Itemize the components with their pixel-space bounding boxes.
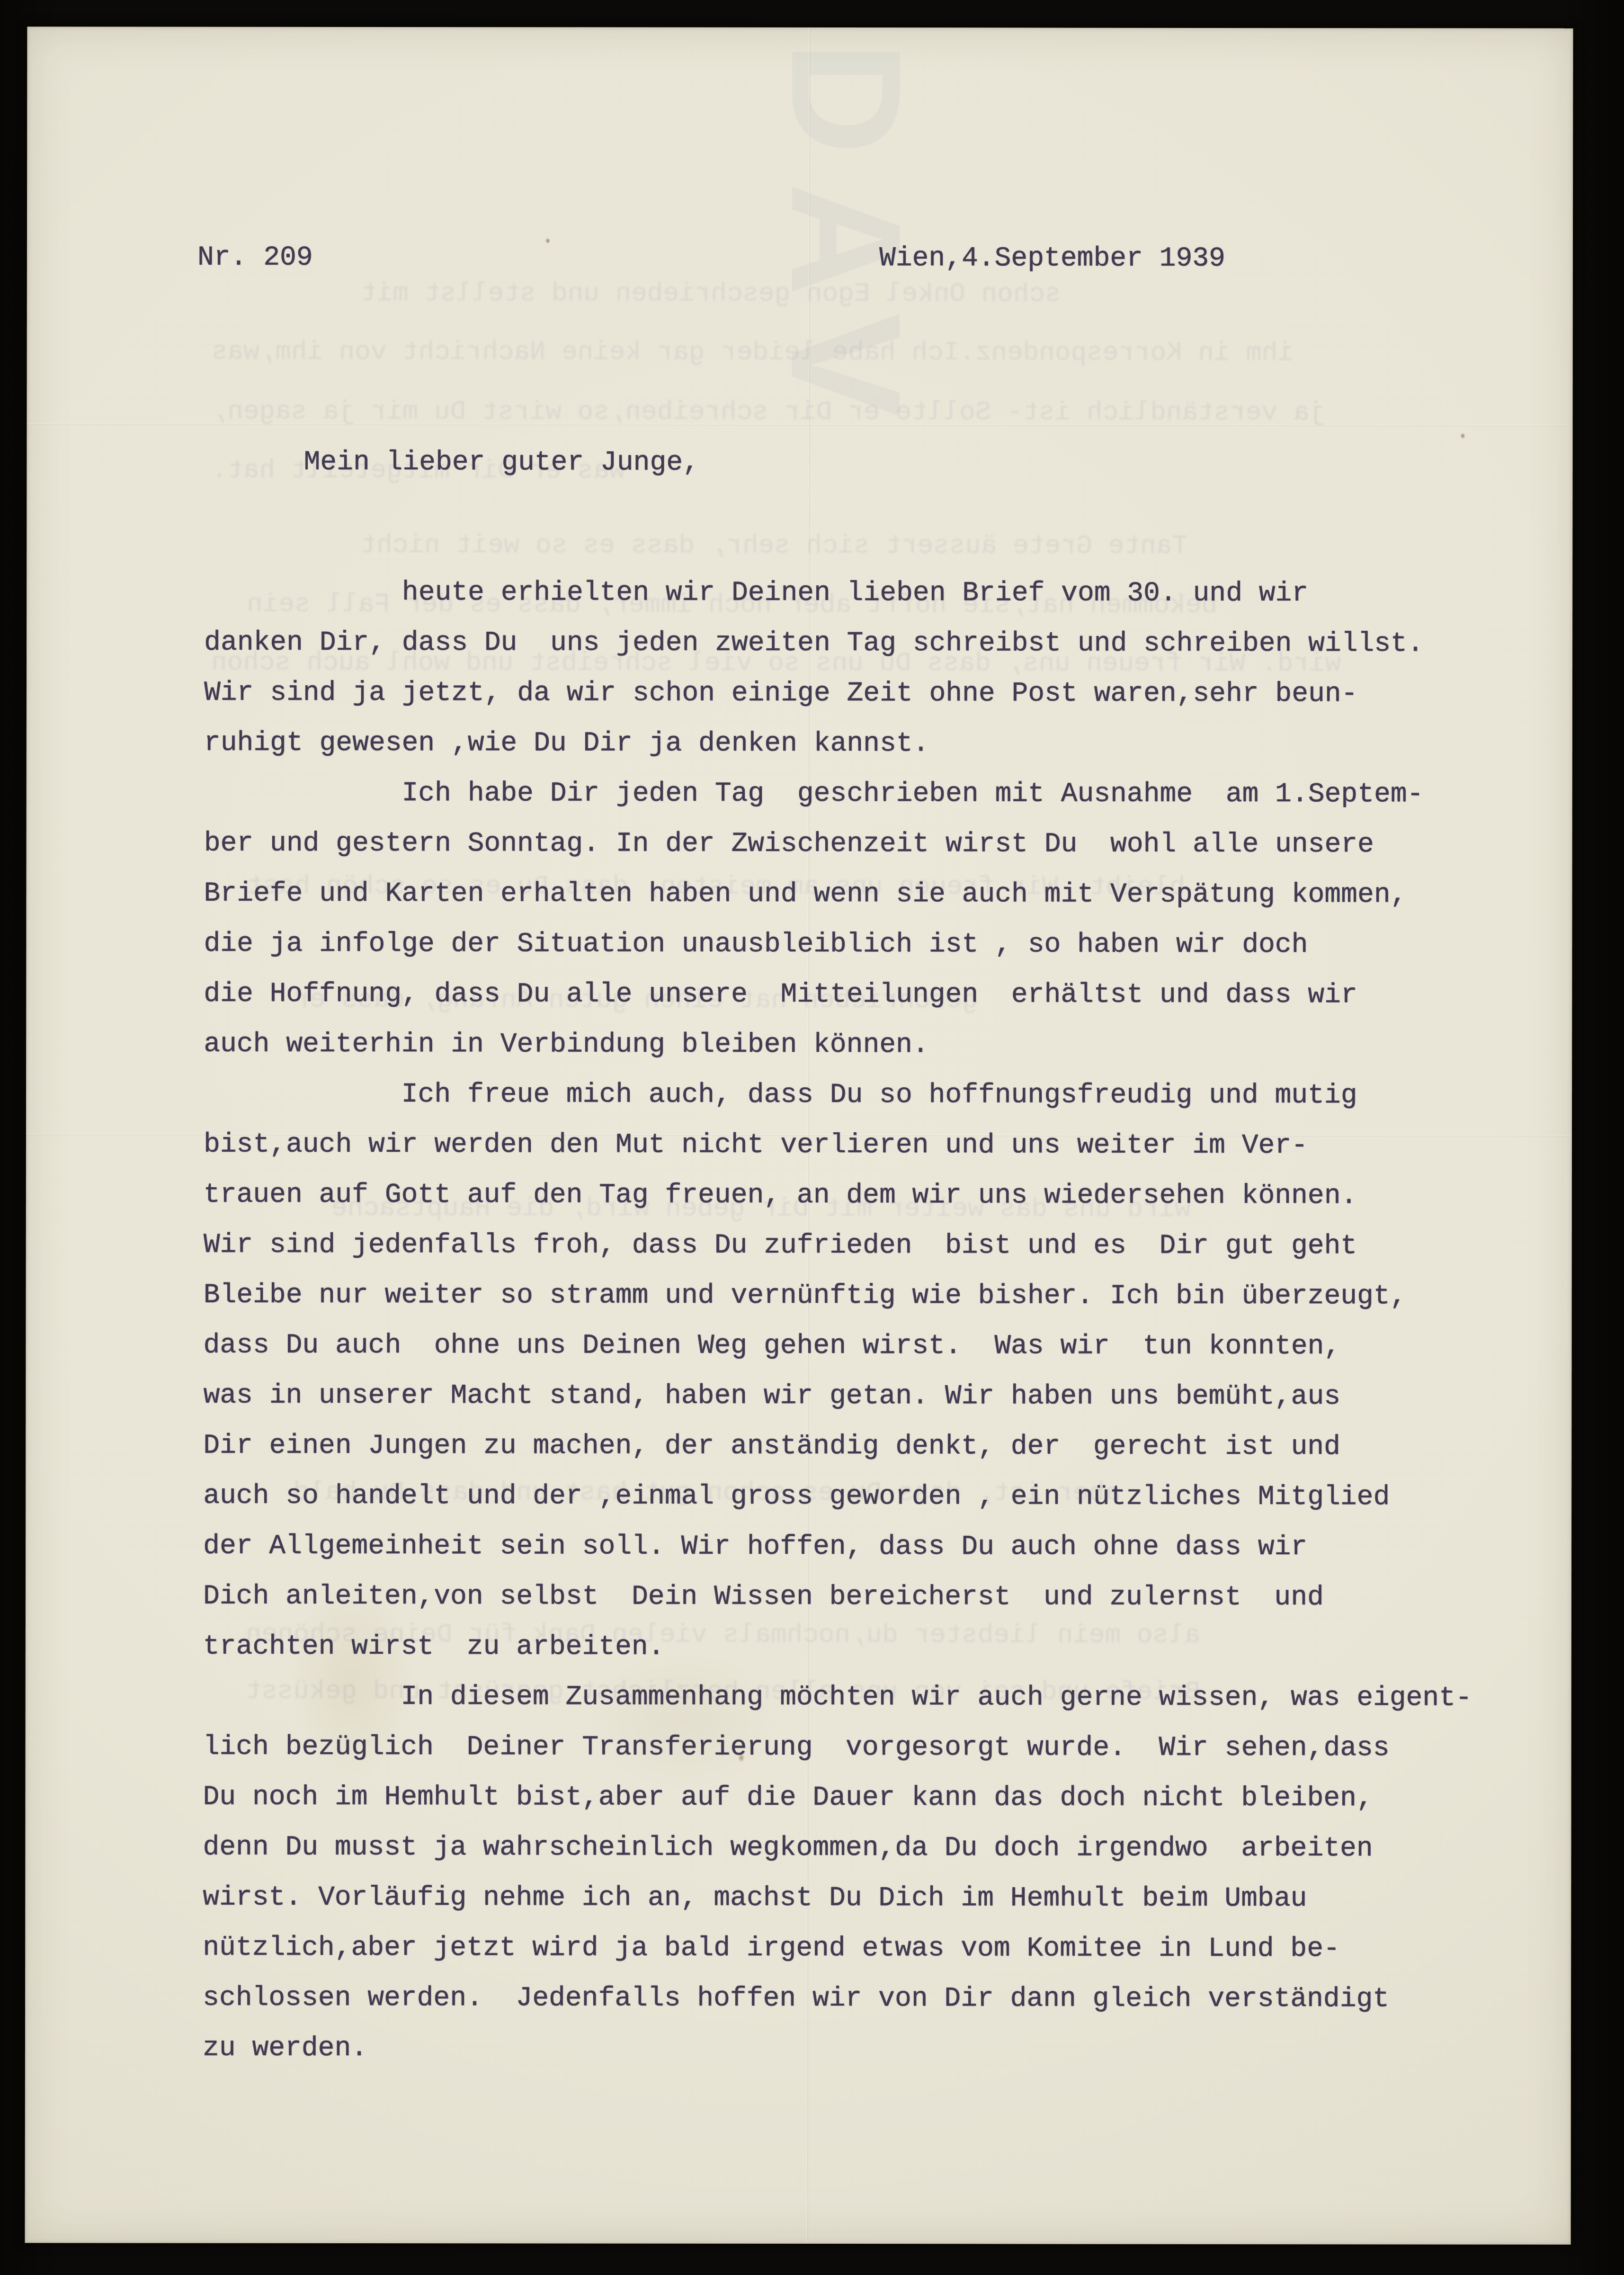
letter-line: dass Du auch ohne uns Deinen Weg gehen w… [203,1321,1472,1372]
letter-line: bist,auch wir werden den Mut nicht verli… [204,1120,1472,1172]
bleedthrough-line: schon Onkel Egon geschrieben und stellst… [361,278,1061,309]
letter-line: der Allgemeinheit sein soll. Wir hoffen,… [203,1522,1472,1573]
letter-line: lich bezüglich Deiner Transferierung vor… [203,1722,1472,1774]
letter-line: Wir sind jedenfalls froh, dass Du zufrie… [204,1220,1472,1272]
paper-speck [1461,433,1465,439]
letter-line: Ich habe Dir jeden Tag geschrieben mit A… [204,769,1473,820]
salutation: Mein lieber guter Junge, [303,447,699,478]
reference-number: Nr. 209 [197,242,313,273]
letter-line: In diesem Zusammenhang möchten wir auch … [203,1672,1472,1724]
letter-line: ruhigt gewesen ,wie Du Dir ja denken kan… [204,718,1473,770]
letter-line: auch weiterhin in Verbindung bleiben kön… [204,1020,1472,1071]
letter-line: trauen auf Gott auf den Tag freuen, an d… [204,1170,1472,1222]
letter-line: auch so handelt und der ,einmal gross ge… [203,1471,1472,1523]
letter-line: ber und gestern Sonntag. In der Zwischen… [204,819,1473,870]
horizontal-fold-crease-upper [27,423,1573,426]
letter-line: schlossen werden. Jedenfalls hoffen wir … [203,1973,1472,2025]
letter-line: zu werden. [203,2024,1472,2075]
letter-line: danken Dir, dass Du uns jeden zweiten Ta… [204,618,1473,670]
bleedthrough-line: Tante Grete äussert sich sehr, dass es s… [360,530,1188,561]
scan-background: DAV schon Onkel Egon geschrieben und ste… [0,0,1624,2275]
letter-line: Bleibe nur weiter so stramm und vernünft… [204,1271,1472,1322]
bleedthrough-line: ihm in Korrespondenz.Ich habe leider gar… [212,337,1294,368]
letter-line: trachten wirst zu arbeiten. [203,1622,1472,1674]
bleedthrough-layer: schon Onkel Egon geschrieben und stellst… [27,27,1573,28]
letter-page: DAV schon Onkel Egon geschrieben und ste… [25,27,1573,2244]
letter-line: heute erhielten wir Deinen lieben Brief … [204,568,1473,619]
letter-line: denn Du musst ja wahrscheinlich wegkomme… [203,1823,1472,1874]
letter-line: Wir sind ja jetzt, da wir schon einige Z… [204,668,1473,720]
letter-line: Briefe und Karten erhalten haben und wen… [204,869,1472,921]
paper-speck [545,238,550,243]
letter-line: was in unserer Macht stand, haben wir ge… [203,1371,1472,1423]
letter-line: die ja infolge der Situation unausbleibl… [204,919,1472,971]
letter-line: nützlich,aber jetzt wird ja bald irgend … [203,1923,1472,1975]
letter-line: Dir einen Jungen zu machen, der anständi… [203,1421,1472,1473]
dateline: Wien,4.September 1939 [879,243,1225,274]
letter-line: Du noch im Hemhult bist,aber auf die Dau… [203,1773,1472,1824]
letter-line: Dich anleiten,von selbst Dein Wissen ber… [203,1572,1472,1623]
letter-line: die Hoffnung, dass Du alle unsere Mittei… [204,969,1472,1021]
letter-line: Ich freue mich auch, dass Du so hoffnung… [204,1070,1472,1121]
letter-line: wirst. Vorläufig nehme ich an, machst Du… [203,1873,1472,1925]
letter-body: heute erhielten wir Deinen lieben Brief … [203,568,1473,2075]
